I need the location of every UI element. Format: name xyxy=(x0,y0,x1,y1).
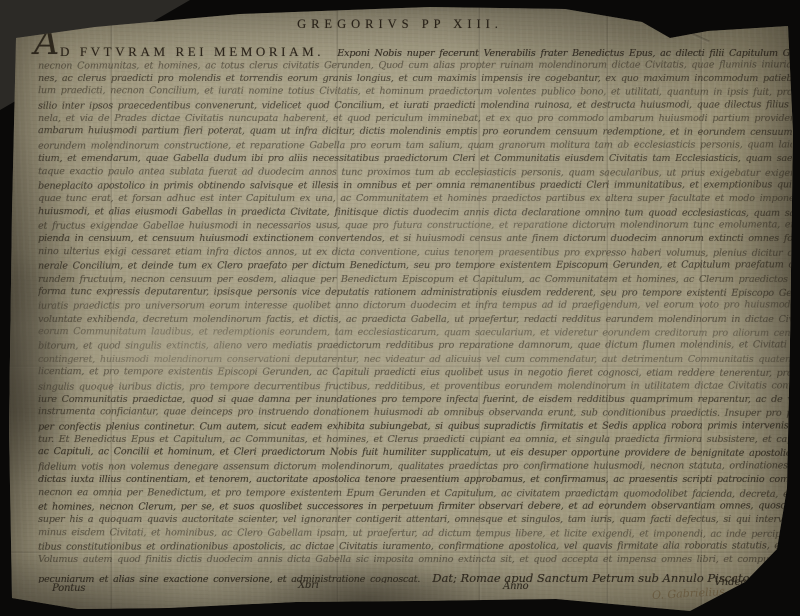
registration-note-mid: Xbri xyxy=(298,580,319,591)
manuscript-line: et homines, necnon Clerum, per se, et su… xyxy=(38,500,792,515)
manuscript-line: singulis quoque iuribus dictis, pro temp… xyxy=(38,380,792,395)
manuscript-line: nes, ac clerus praedicti pro molendis et… xyxy=(38,73,792,86)
manuscript-line: lum praedicti, necnon Concilium, et iura… xyxy=(38,85,792,100)
manuscript-line: bitorum, et quod singulis extinctis, ali… xyxy=(38,340,792,355)
manuscript-line: contingeret, huiusmodi molendinorum cons… xyxy=(38,354,792,367)
manuscript-line: super his a quoquam quavis auctoritate s… xyxy=(38,514,792,527)
opening-text: Exponi Nobis nuper fecerunt Venerabilis … xyxy=(337,48,792,59)
manuscript-line: ambarum huiusmodi partium fieri poterat,… xyxy=(38,125,792,140)
manuscript-line: ac Capituli, ac Concilii et hominum, et … xyxy=(38,446,792,461)
manuscript-line: iure Communitatis praedictae, quod si qu… xyxy=(38,394,792,407)
registration-note-left: Pontus xyxy=(52,583,85,594)
manuscript-line: beneplacito apostolico in primis obtinen… xyxy=(38,179,792,194)
manuscript-line: dictas iuxta illius continentiam, et ten… xyxy=(38,474,792,487)
manuscript-line: licentiam, et pro tempore existentis Epi… xyxy=(38,366,792,381)
manuscript-line: silio inter ipsos praecedentibus convene… xyxy=(38,99,792,114)
manuscript-line: iuratis praedictis pro universorum eorum… xyxy=(38,300,792,315)
manuscript-line: taque exactio paulo antea sublata fuerat… xyxy=(38,166,792,181)
manuscript-line: rundem fructuum, necnon censuum per eosd… xyxy=(38,274,792,287)
closing-row: pecuniarum et alias sine exactione conve… xyxy=(38,567,792,583)
manuscript-line: instrumenta conficiantur, quae deinceps … xyxy=(38,406,792,421)
manuscript-line: nerale Concilium, et deinde tum ex Clero… xyxy=(38,259,792,274)
manuscript-line: voluntate exhibenda, decretum molendinor… xyxy=(38,314,792,327)
manuscript-line: necnon Communitas, et homines, ac totus … xyxy=(38,59,792,74)
manuscript-line: tium, et emendarum, quae Gabella dudum i… xyxy=(38,153,792,166)
manuscript-line: per confectis plenius continetur. Cum au… xyxy=(38,420,792,435)
manuscript-line: quae tunc erat, et forsan adhuc est inte… xyxy=(38,193,792,206)
manuscript-line: necnon ea omnia per Benedictum, et pro t… xyxy=(38,487,792,502)
anno-label: Anno xyxy=(503,581,528,592)
photo-backdrop: GREGORIVS PP XIII. A D FVTVRAM REI MEMOR… xyxy=(0,0,800,616)
opening-row: D FVTVRAM REI MEMORIAM. Exponi Nobis nup… xyxy=(38,41,792,60)
manuscript-line: pienda in censuum, et censuum huiusmodi … xyxy=(38,233,792,246)
manuscript-line: tibus constitutionibus et ordinationibus… xyxy=(38,540,792,555)
parchment-document: GREGORIVS PP XIII. A D FVTVRAM REI MEMOR… xyxy=(0,0,800,616)
manuscript-line: Volumus autem quod finitis dictis duodec… xyxy=(38,554,792,567)
manuscript-line: et fructus exigendae Gabellae huiusmodi … xyxy=(38,219,792,234)
notary-signature: O. Gabrielius xyxy=(652,585,725,602)
manuscript-line: fidelium votis non volemus denegare asse… xyxy=(38,460,792,475)
protocol-heading: D FVTVRAM REI MEMORIAM. xyxy=(60,44,324,59)
manuscript-line: eorundem molendinorum constructione, et … xyxy=(38,139,792,154)
closing-text: pecuniarum et alias sine exactione conve… xyxy=(38,574,420,583)
manuscript-body: necnon Communitas, et homines, ac totus … xyxy=(38,60,792,568)
